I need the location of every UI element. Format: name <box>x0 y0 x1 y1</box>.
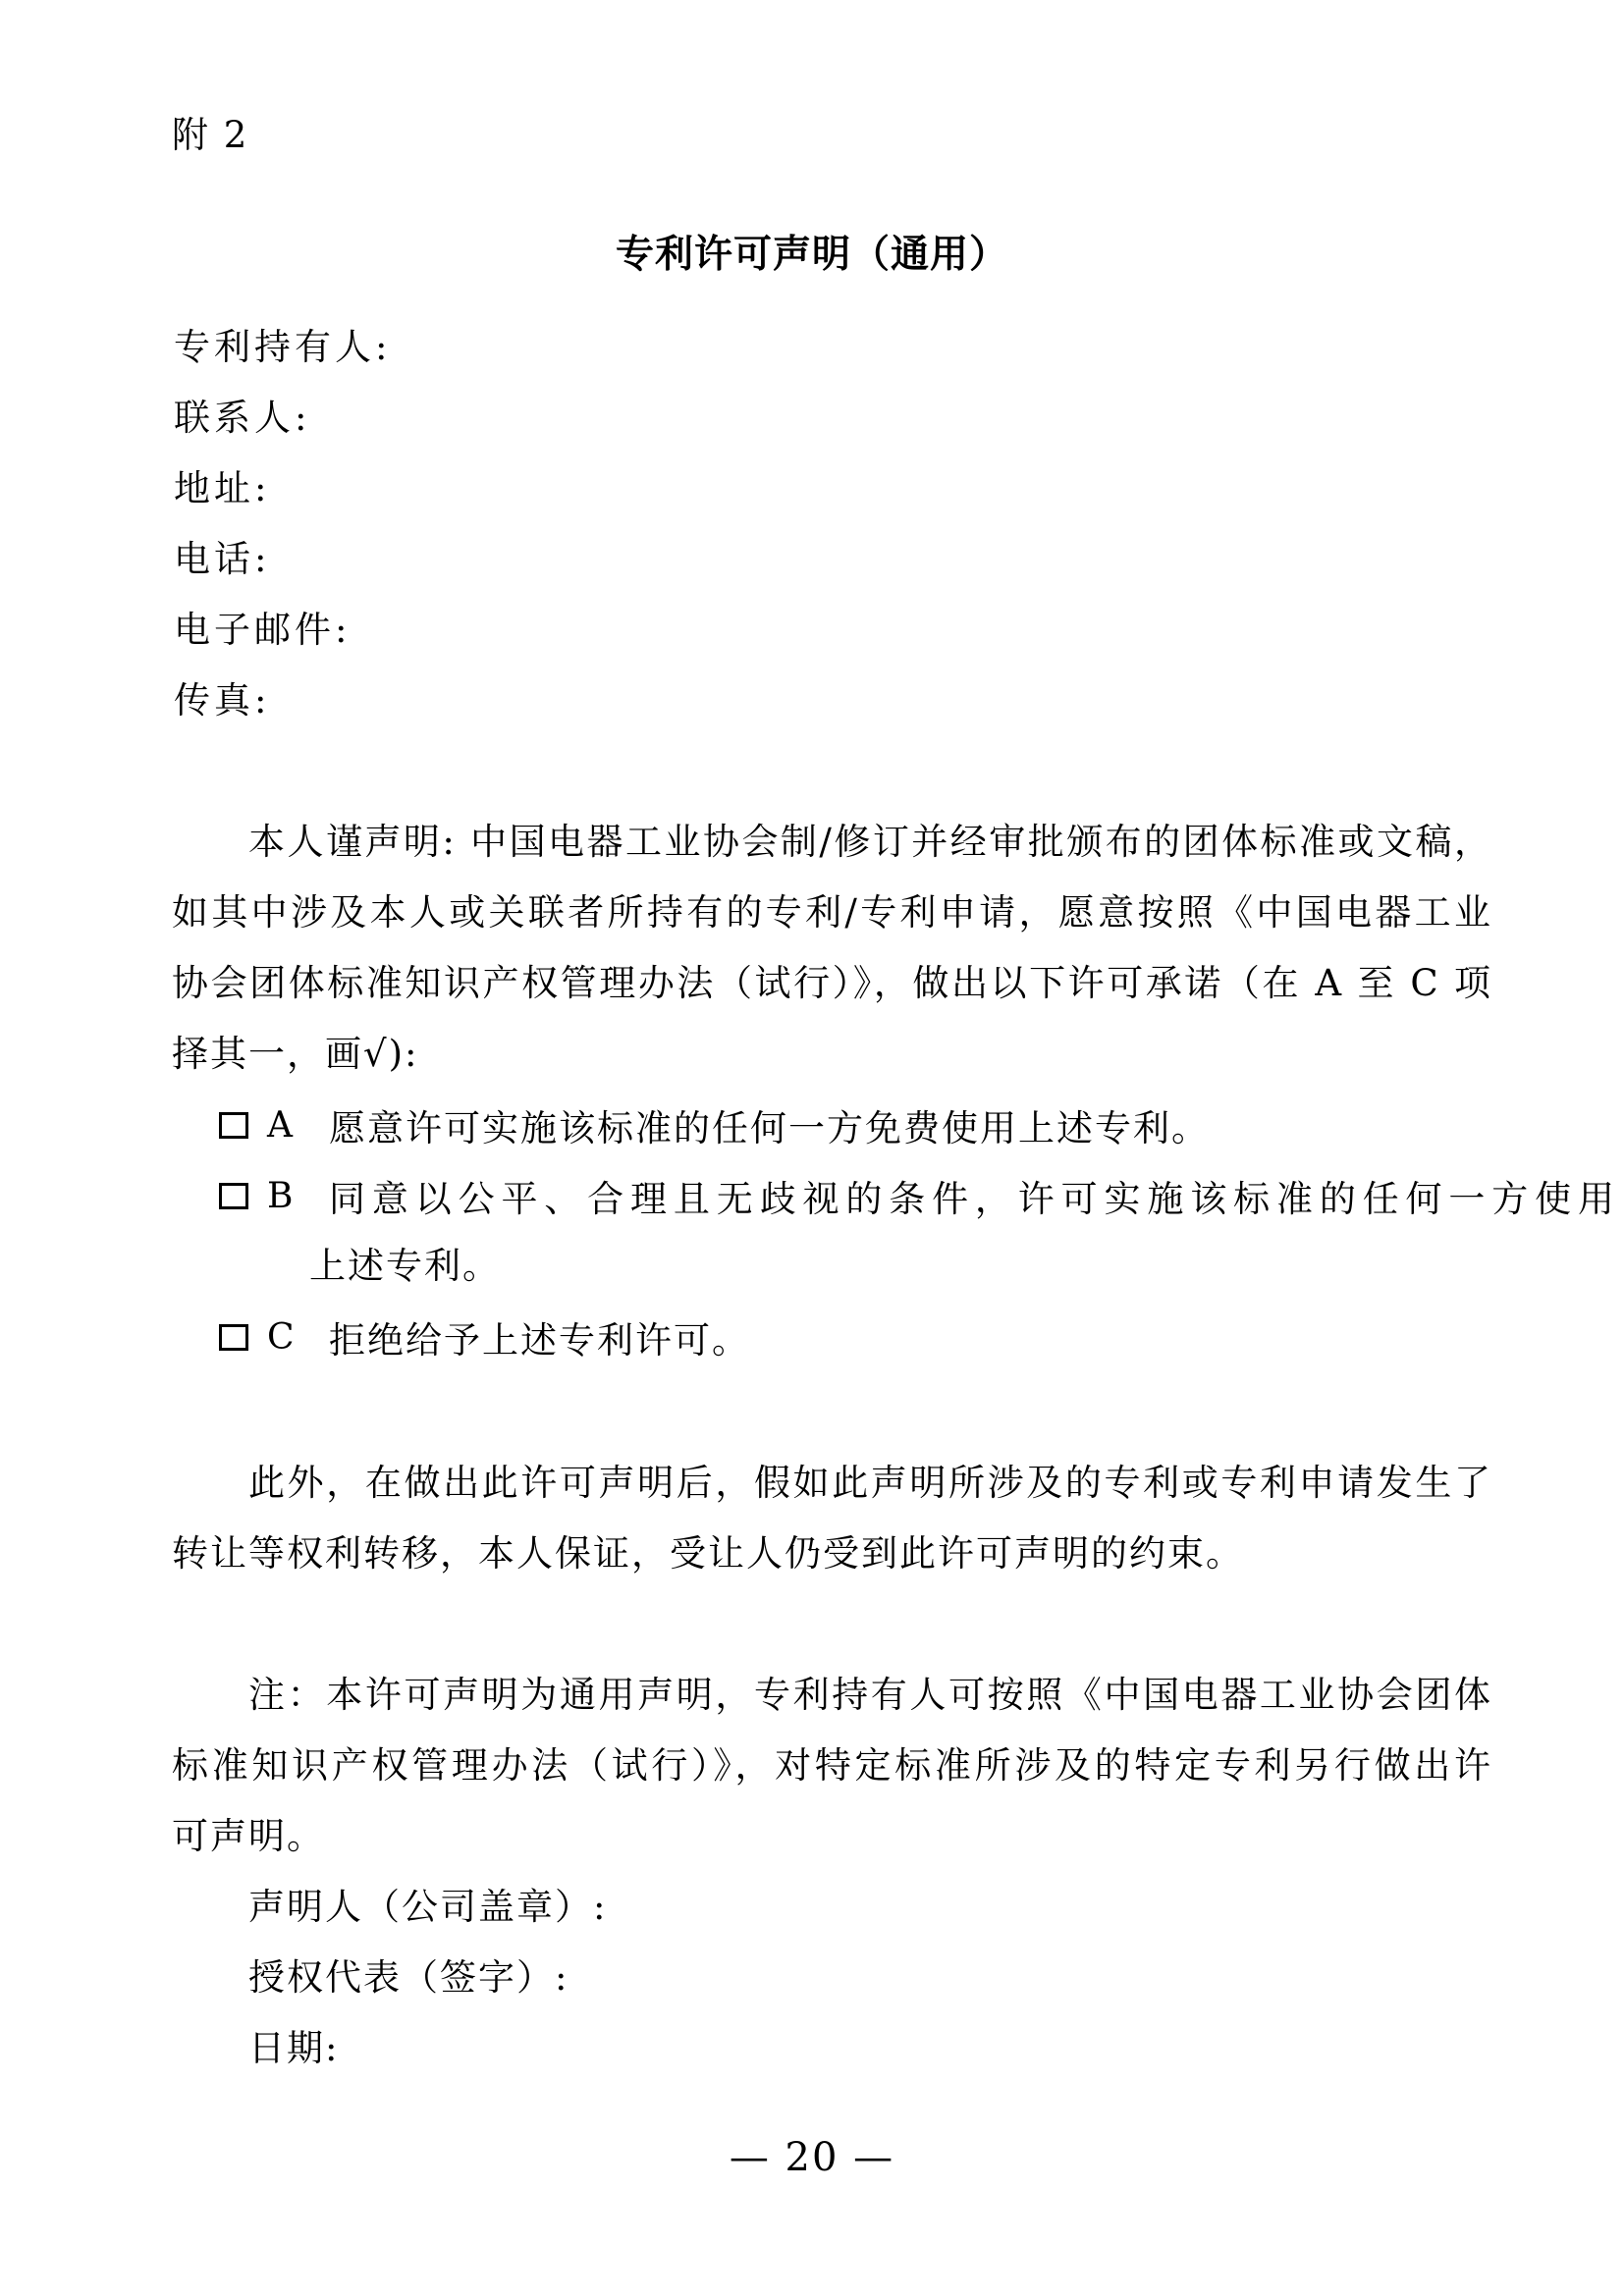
field-phone: 电话: <box>174 524 1624 595</box>
option-c-row: C 拒绝给予上述专利许可。 <box>219 1302 1624 1372</box>
declaration-paragraph: 本人谨声明: 中国电器工业协会制/修订并经审批颁布的团体标准或文稿， 如其中涉及… <box>172 807 1492 1090</box>
license-options: A 愿意许可实施该标准的任何一方免费使用上述专利。 B 同意以公平、合理且无歧视… <box>0 1090 1624 1372</box>
note-paragraph: 注：本许可声明为通用声明，专利持有人可按照《中国电器工业协会团体 标准知识产权管… <box>172 1660 1492 1872</box>
option-c-checkbox[interactable] <box>219 1324 248 1351</box>
transfer-clause-line: 转让等权利转移，本人保证，受让人仍受到此许可声明的约束。 <box>172 1519 1492 1589</box>
field-fax: 传真: <box>174 666 1624 736</box>
page-title: 专利许可声明（通用） <box>0 219 1624 290</box>
note-line: 标准知识产权管理办法（试行）》，对特定标准所涉及的特定专利另行做出许 <box>172 1731 1492 1801</box>
option-a-text: 愿意许可实施该标准的任何一方免费使用上述专利。 <box>329 1098 1210 1151</box>
signature-declarant: 声明人（公司盖章）: <box>248 1872 1624 1943</box>
transfer-clause-paragraph: 此外，在做出此许可声明后，假如此声明所涉及的专利或专利申请发生了 转让等权利转移… <box>172 1448 1492 1589</box>
option-b-checkbox[interactable] <box>219 1183 248 1209</box>
signature-block: 声明人（公司盖章）: 授权代表（签字）: 日期: <box>248 1872 1624 2084</box>
option-a-row: A 愿意许可实施该标准的任何一方免费使用上述专利。 <box>219 1090 1624 1160</box>
declaration-line: 择其一，画√): <box>172 1019 1492 1090</box>
signature-date: 日期: <box>248 2013 1624 2084</box>
field-contact-person: 联系人: <box>174 383 1624 454</box>
declaration-line: 协会团体标准知识产权管理办法（试行）》，做出以下许可承诺（在 A 至 C 项选 <box>172 948 1492 1019</box>
attachment-label: 附 2 <box>172 100 1624 171</box>
declaration-line: 本人谨声明: 中国电器工业协会制/修订并经审批颁布的团体标准或文稿， <box>172 807 1492 878</box>
signature-representative: 授权代表（签字）: <box>248 1943 1624 2013</box>
contact-fields: 专利持有人: 联系人: 地址: 电话: 电子邮件: 传真: <box>174 312 1624 736</box>
option-b-text: 同意以公平、合理且无歧视的条件，许可实施该标准的任何一方使用 <box>329 1169 1616 1222</box>
option-b-row: B 同意以公平、合理且无歧视的条件，许可实施该标准的任何一方使用 <box>219 1160 1624 1231</box>
option-c-text: 拒绝给予上述专利许可。 <box>329 1310 750 1363</box>
option-c-letter: C <box>267 1317 329 1358</box>
option-b-continuation: 上述专利。 <box>309 1231 1624 1302</box>
page-number: — 20 — <box>0 2122 1624 2193</box>
option-a-letter: A <box>267 1105 329 1146</box>
note-line: 注：本许可声明为通用声明，专利持有人可按照《中国电器工业协会团体 <box>172 1660 1492 1731</box>
field-address: 地址: <box>174 454 1624 524</box>
note-line: 可声明。 <box>172 1801 1492 1872</box>
document-page: 附 2 专利许可声明（通用） 专利持有人: 联系人: 地址: 电话: 电子邮件:… <box>0 0 1624 2296</box>
field-patent-holder: 专利持有人: <box>174 312 1624 383</box>
option-a-checkbox[interactable] <box>219 1112 248 1139</box>
option-b-letter: B <box>267 1176 329 1216</box>
declaration-line: 如其中涉及本人或关联者所持有的专利/专利申请，愿意按照《中国电器工业 <box>172 878 1492 948</box>
transfer-clause-line: 此外，在做出此许可声明后，假如此声明所涉及的专利或专利申请发生了 <box>172 1448 1492 1519</box>
field-email: 电子邮件: <box>174 595 1624 666</box>
